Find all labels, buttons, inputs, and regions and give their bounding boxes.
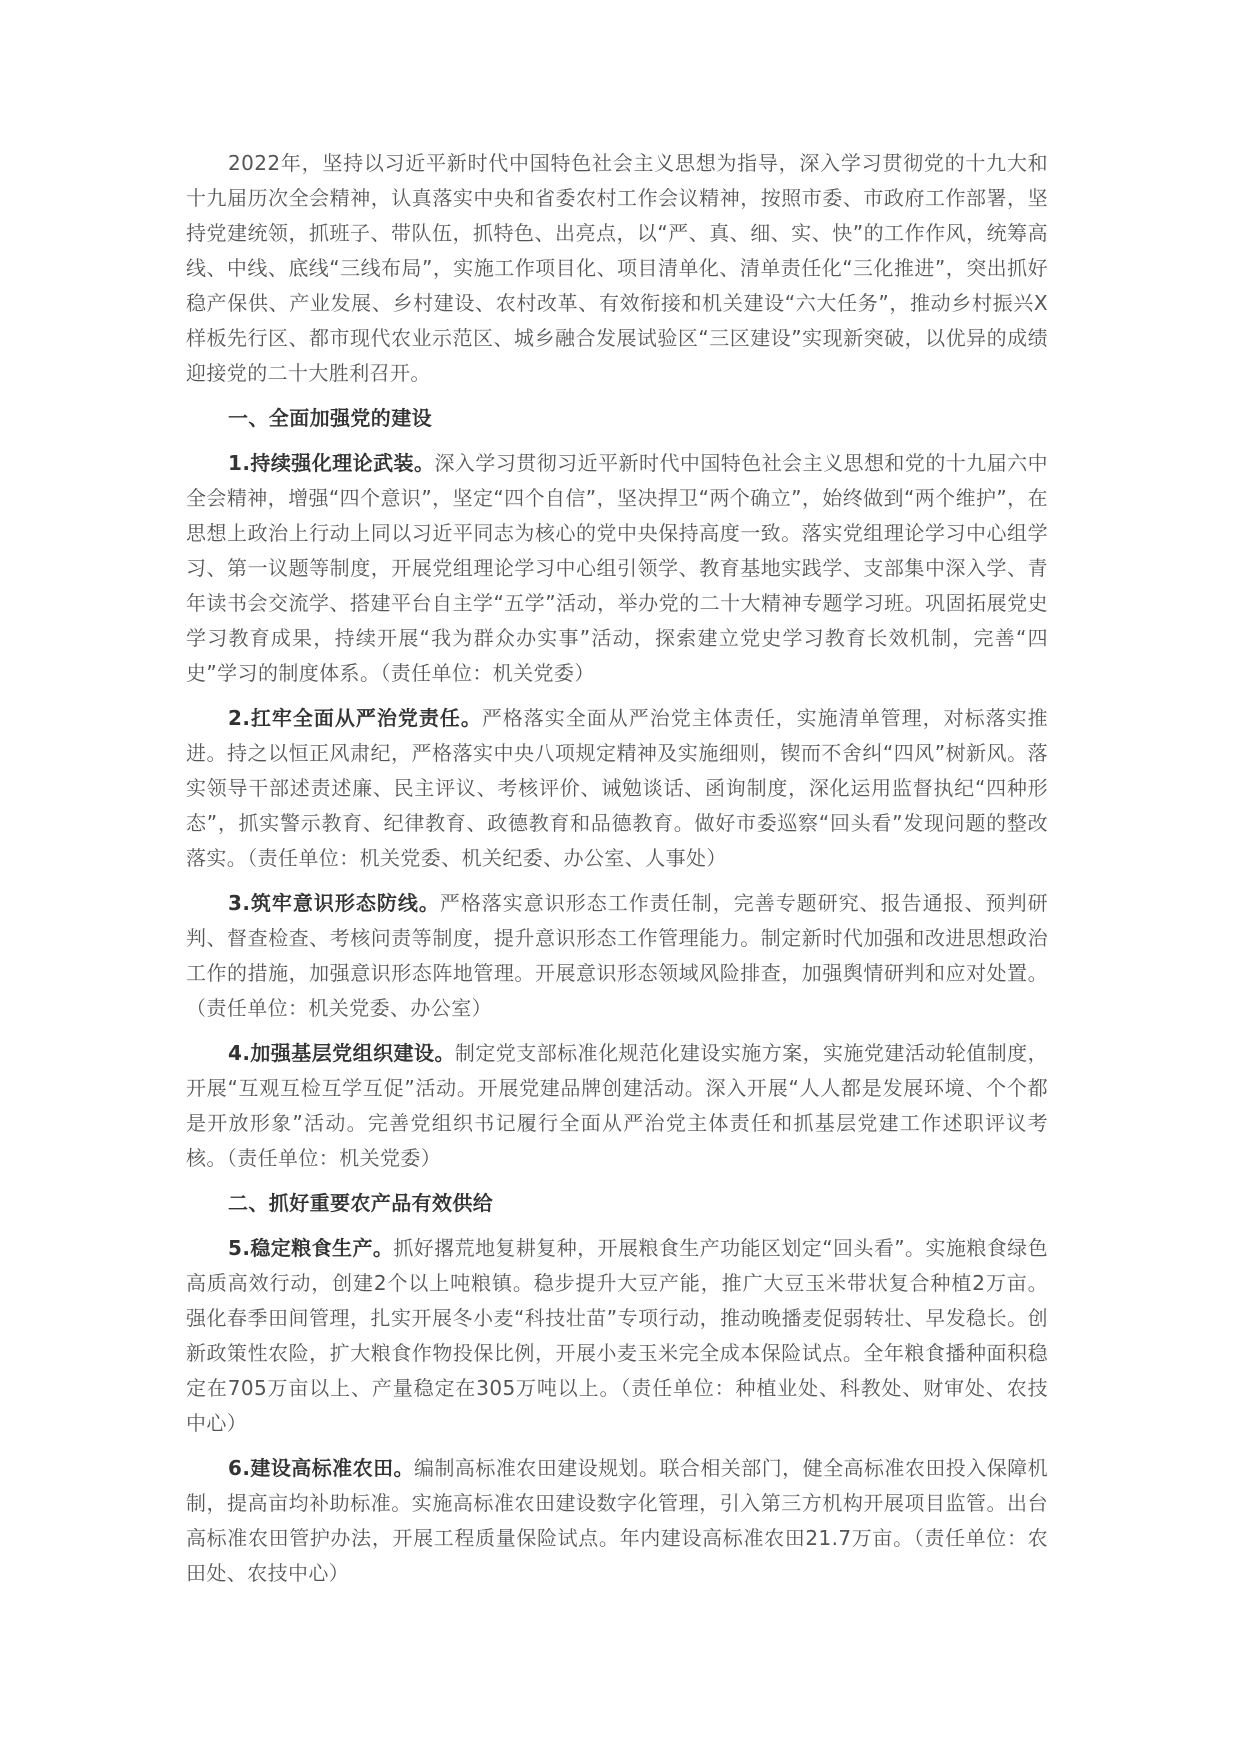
intro-paragraph: 2022年，坚持以习近平新时代中国特色社会主义思想为指导，深入学习贯彻党的十九大… [186,146,1048,391]
item-paragraph-6: 6.建设高标准农田。编制高标准农田建设规划。联合相关部门，健全高标准农田投入保障… [186,1451,1048,1591]
document-page: 2022年，坚持以习近平新时代中国特色社会主义思想为指导，深入学习贯彻党的十九大… [186,146,1048,1601]
item-paragraph-2: 2.扛牢全面从严治党责任。严格落实全面从严治党主体责任，实施清单管理，对标落实推… [186,701,1048,876]
item-body-1: 深入学习贯彻习近平新时代中国特色社会主义思想和党的十九届六中全会精神，增强“四个… [186,451,1048,685]
item-title-6: 6.建设高标准农田。 [228,1456,414,1480]
item-paragraph-3: 3.筑牢意识形态防线。严格落实意识形态工作责任制，完善专题研究、报告通报、预判研… [186,886,1048,1026]
item-body-2: 严格落实全面从严治党主体责任，实施清单管理，对标落实推进。持之以恒正风肃纪，严格… [186,706,1048,870]
item-title-5: 5.稳定粮食生产。 [228,1236,393,1260]
item-paragraph-5: 5.稳定粮食生产。抓好撂荒地复耕复种，开展粮食生产功能区划定“回头看”。实施粮食… [186,1231,1048,1441]
item-title-2: 2.扛牢全面从严治党责任。 [228,706,482,730]
item-paragraph-4: 4.加强基层党组织建设。制定党支部标准化规范化建设实施方案，实施党建活动轮值制度… [186,1036,1048,1176]
item-body-5: 抓好撂荒地复耕复种，开展粮食生产功能区划定“回头看”。实施粮食绿色高质高效行动，… [186,1236,1048,1435]
section-heading-1: 一、全面加强党的建设 [186,401,1048,436]
item-title-3: 3.筑牢意识形态防线。 [228,891,440,915]
item-title-4: 4.加强基层党组织建设。 [228,1041,455,1065]
item-paragraph-1: 1.持续强化理论武装。深入学习贯彻习近平新时代中国特色社会主义思想和党的十九届六… [186,446,1048,691]
section-heading-2: 二、抓好重要农产品有效供给 [186,1186,1048,1221]
item-title-1: 1.持续强化理论武装。 [228,451,434,475]
